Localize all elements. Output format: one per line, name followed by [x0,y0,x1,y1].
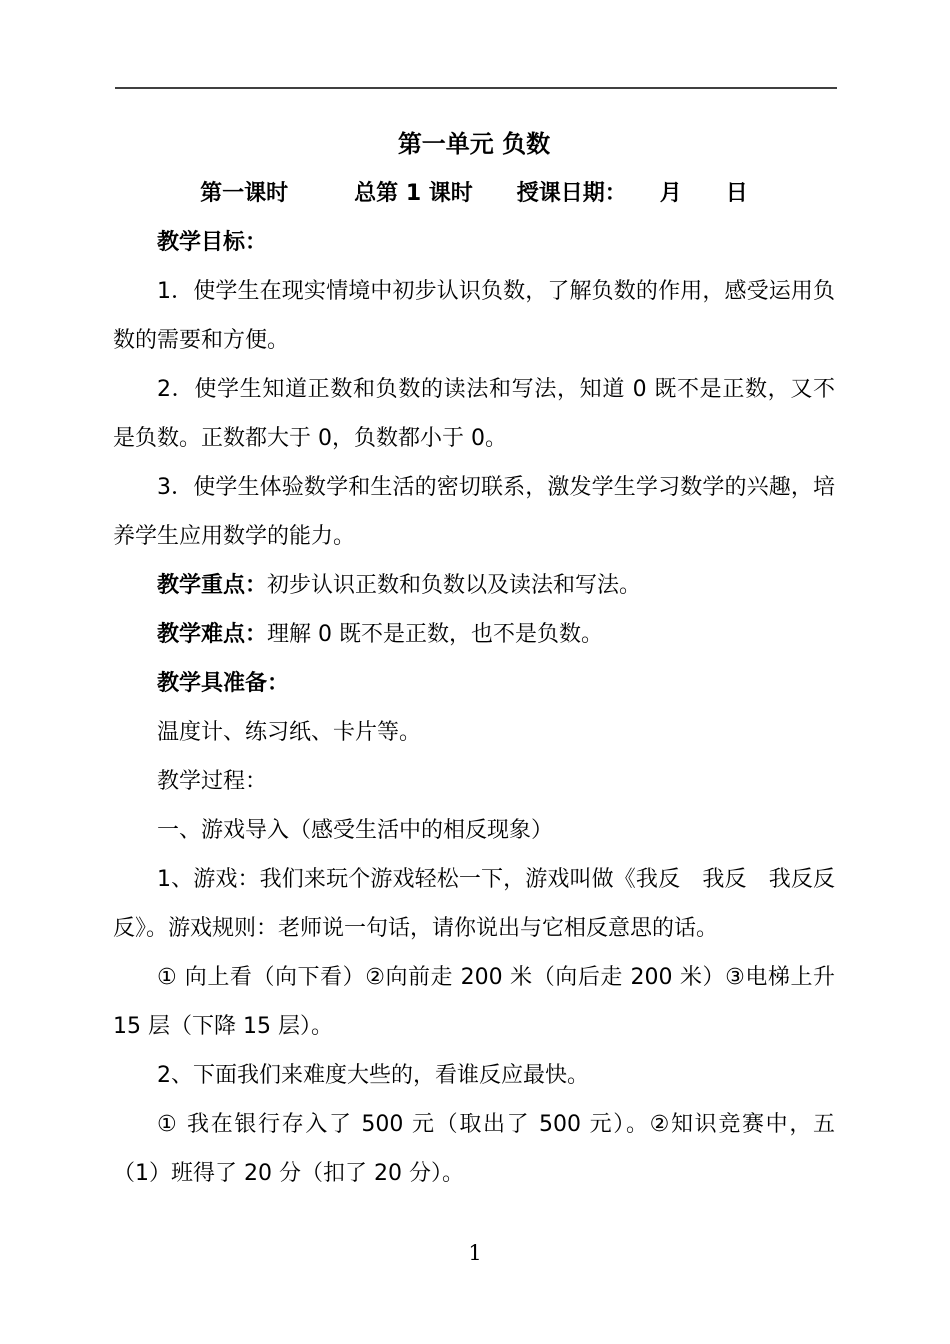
process-item-examples-2: ① 我在银行存入了 500 元（取出了 500 元）。②知识竞赛中，五（1）班得… [113,1100,835,1198]
difficulty-text: 理解 0 既不是正数，也不是负数。 [267,622,603,647]
header-rule [115,87,837,89]
goal-item-2: 2．使学生知道正数和负数的读法和写法，知道 0 既不是正数，又不是负数。正数都大… [113,365,835,463]
preparation-heading: 教学具准备： [113,659,835,708]
preparation-text: 温度计、练习纸、卡片等。 [113,708,835,757]
document-page: 第一单元 负数 第一课时 总第 1 课时 授课日期： 月 日 教学目标： 1．使… [0,0,950,1344]
goals-heading: 教学目标： [113,218,835,267]
difficulty-label: 教学难点： [157,622,267,647]
session-info-line: 第一课时 总第 1 课时 授课日期： 月 日 [113,169,835,218]
difficulty-line: 教学难点：理解 0 既不是正数，也不是负数。 [113,610,835,659]
document-content: 第一单元 负数 第一课时 总第 1 课时 授课日期： 月 日 教学目标： 1．使… [113,120,835,1198]
process-item-intro: 一、游戏导入（感受生活中的相反现象） [113,806,835,855]
goal-item-3: 3．使学生体验数学和生活的密切联系，激发学生学习数学的兴趣，培养学生应用数学的能… [113,463,835,561]
key-point-label: 教学重点： [157,573,267,598]
unit-title: 第一单元 负数 [113,120,835,169]
key-point-text: 初步认识正数和负数以及读法和写法。 [267,573,641,598]
goal-item-1: 1．使学生在现实情境中初步认识负数，了解负数的作用，感受运用负数的需要和方便。 [113,267,835,365]
key-point-line: 教学重点：初步认识正数和负数以及读法和写法。 [113,561,835,610]
process-heading: 教学过程： [113,757,835,806]
process-item-examples-1: ① 向上看（向下看）②向前走 200 米（向后走 200 米）③电梯上升 15 … [113,953,835,1051]
process-item-harder: 2、下面我们来难度大些的，看谁反应最快。 [113,1051,835,1100]
page-number: 1 [0,1232,950,1274]
process-item-game: 1、游戏：我们来玩个游戏轻松一下，游戏叫做《我反 我反 我反反反》。游戏规则：老… [113,855,835,953]
